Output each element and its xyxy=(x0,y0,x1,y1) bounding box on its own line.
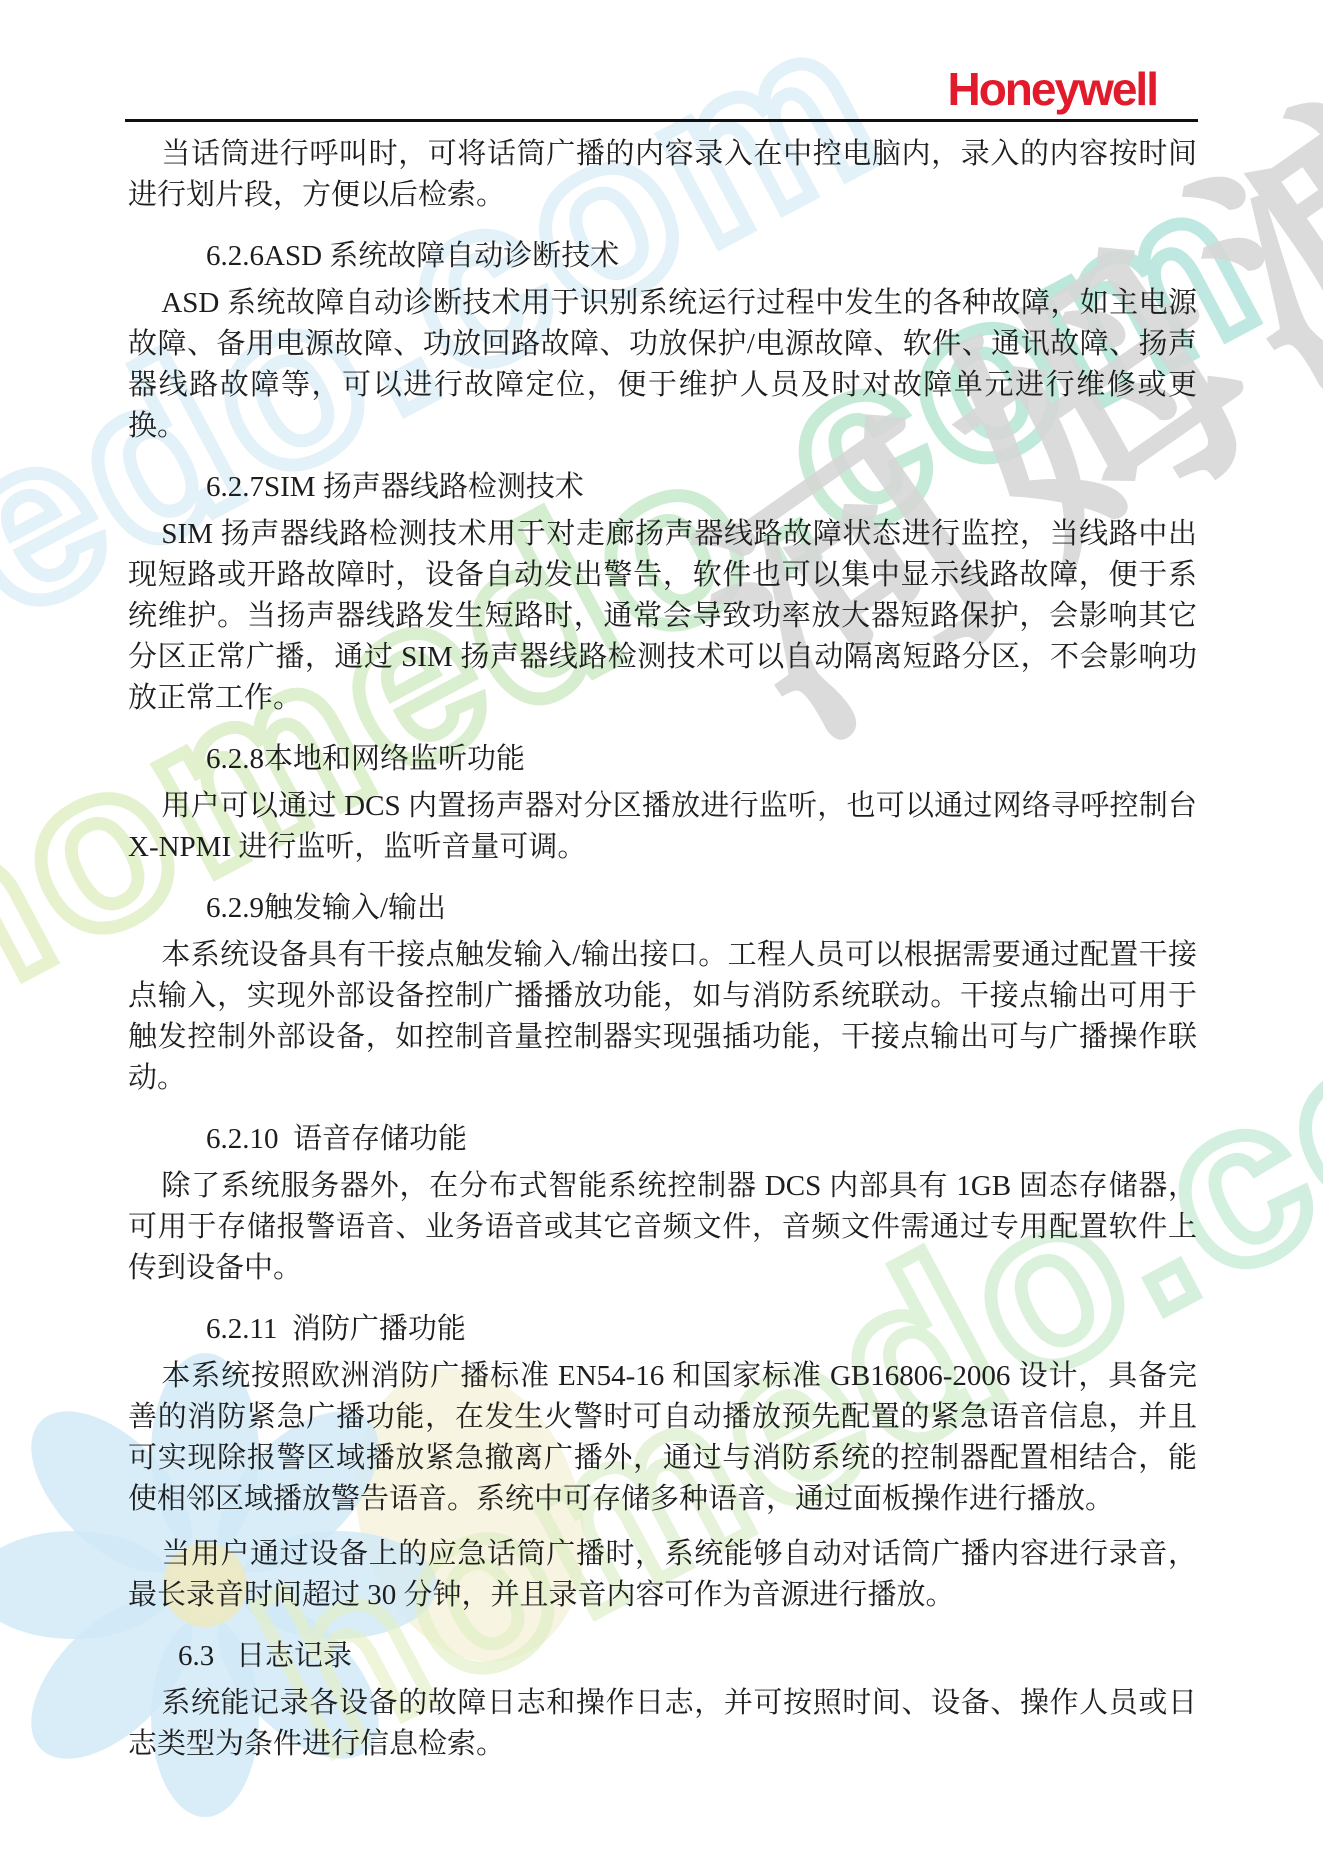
section-heading: 6.2.9触发输入/输出 xyxy=(206,888,1197,929)
paragraph: ASD 系统故障自动诊断技术用于识别系统运行过程中发生的各种故障，如主电源故障、… xyxy=(128,283,1197,447)
paragraph: 系统能记录各设备的故障日志和操作日志，并可按照时间、设备、操作人员或日志类型为条… xyxy=(128,1683,1197,1765)
section-heading: 6.2.8本地和网络监听功能 xyxy=(206,739,1197,780)
paragraph: 本系统按照欧洲消防广播标准 EN54-16 和国家标准 GB16806-2006… xyxy=(128,1356,1197,1520)
paragraph: 除了系统服务器外，在分布式智能系统控制器 DCS 内部具有 1GB 固态存储器，… xyxy=(128,1166,1197,1289)
section-heading: 6.3 日志记录 xyxy=(178,1636,1197,1677)
paragraph: 本系统设备具有干接点触发输入/输出接口。工程人员可以根据需要通过配置干接点输入，… xyxy=(128,935,1197,1099)
paragraph: SIM 扬声器线路检测技术用于对走廊扬声器线路故障状态进行监控，当线路中出现短路… xyxy=(128,514,1197,719)
section-heading: 6.2.10 语音存储功能 xyxy=(206,1119,1197,1160)
header-divider xyxy=(125,119,1198,122)
document-body: 当话筒进行呼叫时，可将话筒广播的内容录入在中控电脑内，录入的内容按时间进行划片段… xyxy=(128,134,1197,1765)
honeywell-logo: Honeywell xyxy=(947,66,1157,112)
paragraph: 当话筒进行呼叫时，可将话筒广播的内容录入在中控电脑内，录入的内容按时间进行划片段… xyxy=(128,134,1197,216)
paragraph: 当用户通过设备上的应急话筒广播时，系统能够自动对话筒广播内容进行录音，最长录音时… xyxy=(128,1534,1197,1616)
section-heading: 6.2.6ASD 系统故障自动诊断技术 xyxy=(206,236,1197,277)
section-heading: 6.2.11 消防广播功能 xyxy=(206,1309,1197,1350)
section-heading: 6.2.7SIM 扬声器线路检测技术 xyxy=(206,467,1197,508)
document-page: homedo.com homedo.com homedo.com 河姆渡 Hon… xyxy=(0,0,1323,1871)
paragraph: 用户可以通过 DCS 内置扬声器对分区播放进行监听，也可以通过网络寻呼控制台 X… xyxy=(128,786,1197,868)
